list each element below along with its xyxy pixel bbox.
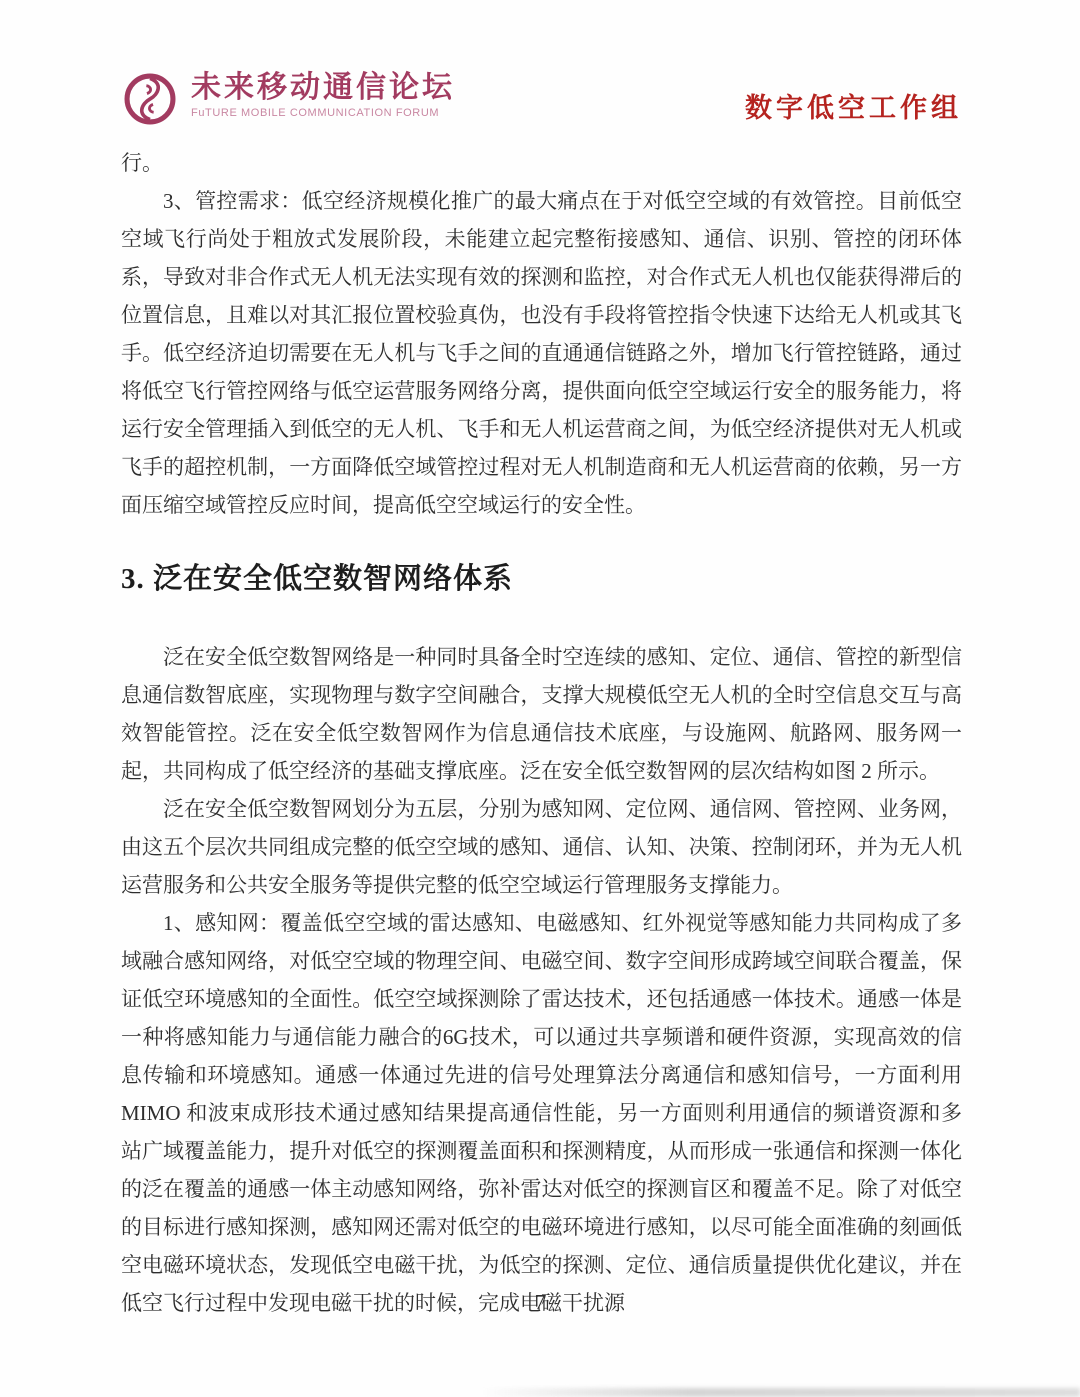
forum-logo: 未来移动通信论坛 FuTURE MOBILE COMMUNICATION FOR… [121, 70, 455, 128]
logo-title: 未来移动通信论坛 [191, 70, 455, 106]
page-footer: 7 [0, 1290, 1080, 1315]
body-paragraph-management: 3、管控需求：低空经济规模化推广的最大痛点在于对低空空域的有效管控。目前低空空域… [121, 182, 962, 524]
logo-subtitle: FuTURE MOBILE COMMUNICATION FORUM [191, 107, 455, 119]
carryover-line: 行。 [121, 144, 962, 182]
body-paragraph-five-layers: 泛在安全低空数智网划分为五层，分别为感知网、定位网、通信网、管控网、业务网，由这… [121, 790, 962, 904]
body-paragraph-network-intro: 泛在安全低空数智网络是一种同时具备全时空连续的感知、定位、通信、管控的新型信息通… [121, 638, 962, 790]
document-body: 行。 3、管控需求：低空经济规模化推广的最大痛点在于对低空空域的有效管控。目前低… [121, 144, 962, 1322]
body-paragraph-sensing-network: 1、感知网：覆盖低空空域的雷达感知、电磁感知、红外视觉等感知能力共同构成了多域融… [121, 904, 962, 1322]
page-header: 未来移动通信论坛 FuTURE MOBILE COMMUNICATION FOR… [121, 70, 962, 136]
page-number: 7 [535, 1290, 546, 1314]
section-heading: 3. 泛在安全低空数智网络体系 [121, 558, 962, 600]
document-page: 未来移动通信论坛 FuTURE MOBILE COMMUNICATION FOR… [0, 0, 1080, 1397]
forum-logo-text: 未来移动通信论坛 FuTURE MOBILE COMMUNICATION FOR… [191, 70, 455, 119]
workgroup-label: 数字低空工作组 [745, 92, 962, 124]
forum-logo-icon [121, 70, 179, 128]
scan-shadow-bar [480, 1388, 1080, 1397]
